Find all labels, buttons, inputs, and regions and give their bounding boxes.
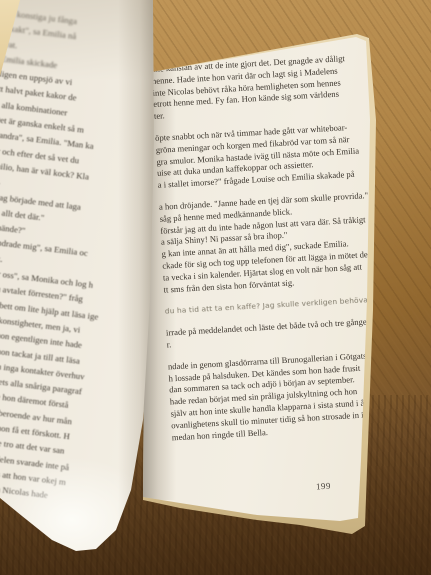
sms-text-block: du ha tid att ta en kaffe? Jag skulle ve… <box>165 294 383 318</box>
paragraph-block: öpte snabbt och när två timmar hade gått… <box>155 121 376 192</box>
book-text-line: du ha tid att ta en kaffe? Jag skulle ve… <box>165 294 383 318</box>
page-number: 199 <box>316 481 332 492</box>
paragraph-block: ndade in genom glasdörrarna till Brunoga… <box>168 349 390 444</box>
paragraph-block: a hon dröjande. "Janne hade en tjej där … <box>159 190 382 296</box>
right-page-text: nne känslan av att de inte gjort det. De… <box>151 52 390 454</box>
paragraph-block: irrade på meddelandet och läste det både… <box>166 316 385 352</box>
